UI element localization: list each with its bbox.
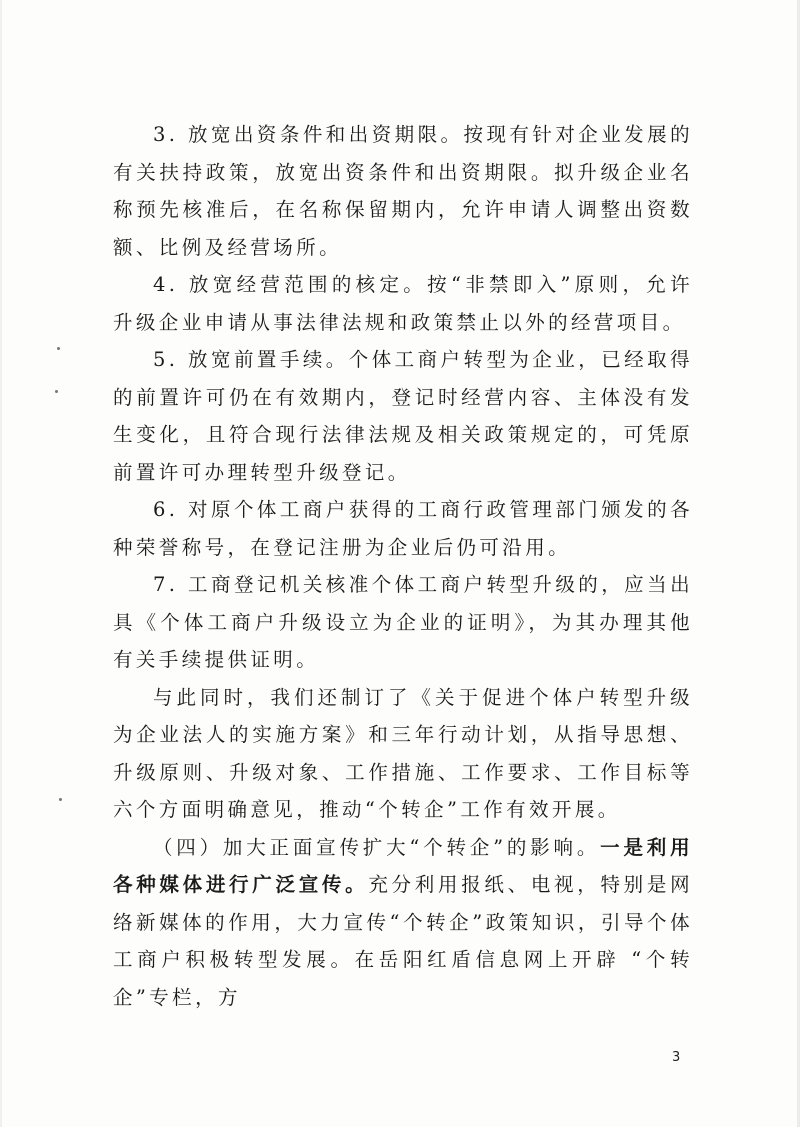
paragraph-item-3: 3. 放宽出资条件和出资期限。按现有针对企业发展的有关扶持政策，放宽出资条件和出…	[113, 116, 693, 266]
page-number: 3	[672, 1050, 680, 1065]
paragraph-section-4-publicity: （四）加大正面宣传扩大“个转企”的影响。一是利用各种媒体进行广泛宣传。充分利用报…	[113, 829, 693, 1017]
paragraph-text: 与此同时，我们还制订了《关于促进个体户转型升级为企业法人的实施方案》和三年行动计…	[113, 686, 693, 822]
document-body: 3. 放宽出资条件和出资期限。按现有针对企业发展的有关扶持政策，放宽出资条件和出…	[113, 116, 693, 1016]
section-heading-text: （四）加大正面宣传扩大“个转企”的影响。	[153, 836, 600, 859]
scan-mark	[59, 798, 62, 801]
paragraph-text: 4. 放宽经营范围的核定。按“非禁即入”原则，允许升级企业申请从事法律法规和政策…	[113, 273, 693, 334]
paragraph-text: 5. 放宽前置手续。个体工商户转型为企业，已经取得的前置许可仍在有效期内，登记时…	[113, 348, 693, 484]
paragraph-text: 7. 工商登记机关核准个体工商户转型升级的，应当出具《个体工商户升级设立为企业的…	[113, 573, 693, 671]
scan-mark	[57, 347, 60, 350]
paragraph-text: 6. 对原个体工商户获得的工商行政管理部门颁发的各种荣誉称号，在登记注册为企业后…	[113, 498, 693, 559]
paragraph-implementation-plan: 与此同时，我们还制订了《关于促进个体户转型升级为企业法人的实施方案》和三年行动计…	[113, 679, 693, 829]
paragraph-text: 3. 放宽出资条件和出资期限。按现有针对企业发展的有关扶持政策，放宽出资条件和出…	[113, 123, 693, 259]
paragraph-item-5: 5. 放宽前置手续。个体工商户转型为企业，已经取得的前置许可仍在有效期内，登记时…	[113, 341, 693, 491]
paragraph-item-6: 6. 对原个体工商户获得的工商行政管理部门颁发的各种荣誉称号，在登记注册为企业后…	[113, 491, 693, 566]
scan-mark	[55, 390, 58, 393]
page-edge-left	[0, 0, 2, 1127]
paragraph-item-7: 7. 工商登记机关核准个体工商户转型升级的，应当出具《个体工商户升级设立为企业的…	[113, 566, 693, 679]
paragraph-item-4: 4. 放宽经营范围的核定。按“非禁即入”原则，允许升级企业申请从事法律法规和政策…	[113, 266, 693, 341]
